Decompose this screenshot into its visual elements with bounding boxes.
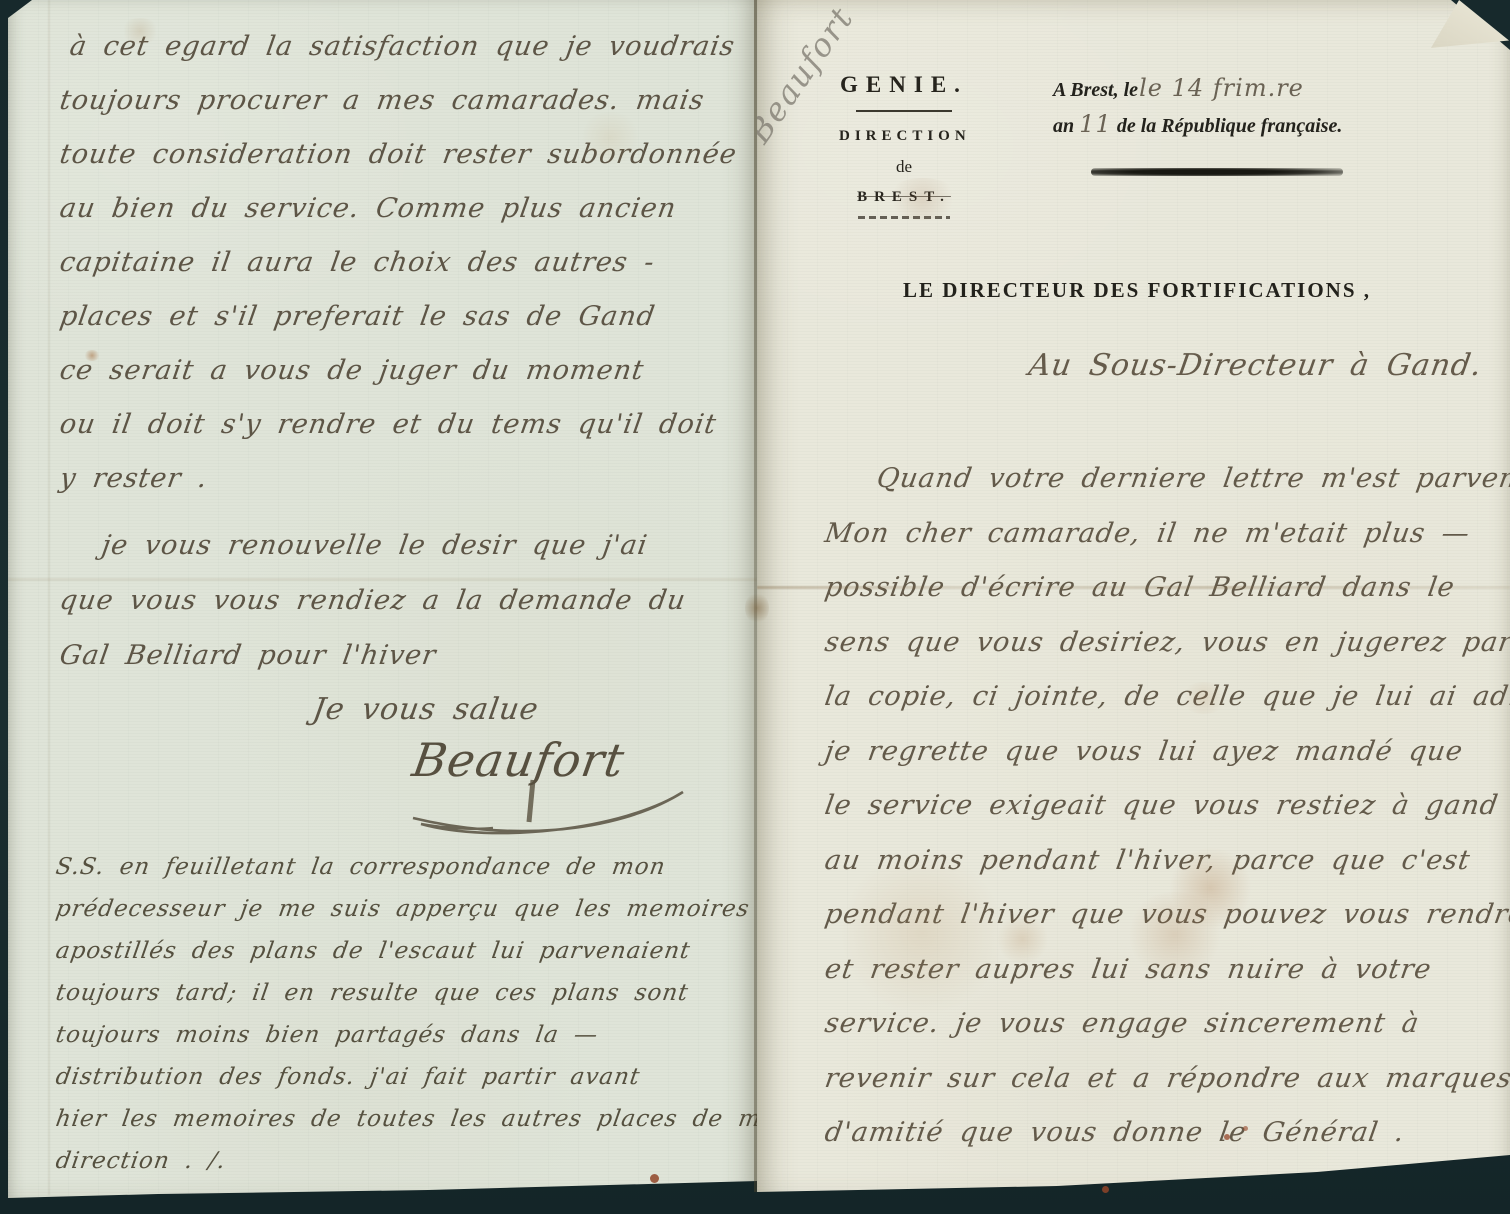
letterhead-corps: GENIE.	[839, 72, 969, 98]
fold-crease	[8, 578, 757, 581]
printed-place: A Brest, le	[1053, 79, 1138, 101]
letterhead-dashed-rule	[858, 216, 950, 219]
signature-flourish	[383, 778, 713, 853]
handwritten-line: je regrette que vous lui ayez mandé que	[821, 725, 1510, 780]
handwritten-line: sens que vous desiriez, vous en jugerez …	[821, 616, 1510, 671]
handwritten-line: Quand votre derniere lettre m'est parven…	[821, 452, 1510, 507]
handwritten-line: la copie, ci jointe, de celle que je lui…	[821, 670, 1510, 725]
letterhead-rule	[856, 110, 952, 112]
gutter-fold-line	[754, 0, 757, 1192]
postscript-line: S.S. en feuilletant la correspondance de…	[53, 846, 750, 888]
handwritten-line: au bien du service. Comme plus ancien	[56, 182, 745, 236]
postscript-line: toujours tard; il en resulte que ces pla…	[53, 972, 750, 1014]
handwritten-line: Gal Belliard pour l'hiver	[56, 628, 745, 683]
letterhead-de: de	[839, 157, 969, 177]
handwritten-date: le 14 frim.re	[1139, 74, 1304, 102]
handwritten-line: toujours procurer a mes camarades. mais	[56, 74, 745, 128]
handwritten-line: service. je vous engage sincerement à	[821, 997, 1510, 1052]
postscript-line: direction . /.	[53, 1140, 750, 1182]
handwritten-line: à cet egard la satisfaction que je voudr…	[56, 20, 745, 74]
left-second-paragraph: je vous renouvelle le desir que j'ai que…	[60, 518, 740, 683]
handwritten-line: y rester .	[56, 452, 745, 506]
fold-crease	[757, 586, 1510, 589]
handwritten-line: je vous renouvelle le desir que j'ai	[56, 518, 745, 573]
right-page: Beaufort GENIE. DIRECTION de BREST. A Br…	[757, 0, 1510, 1214]
letterhead: GENIE. DIRECTION de BREST.	[839, 72, 969, 219]
postscript-line: toujours moins bien partagés dans la —	[53, 1014, 750, 1056]
handwritten-line: et rester aupres lui sans nuire à votre	[821, 943, 1510, 998]
printed-an: an	[1053, 115, 1074, 137]
handwritten-line: Mon cher camarade, il ne m'etait plus —	[821, 507, 1510, 562]
closing-salutation: Je vous salue	[310, 692, 541, 727]
letterhead-direction: DIRECTION	[839, 128, 969, 145]
left-body-paragraph: à cet egard la satisfaction que je voudr…	[60, 20, 740, 506]
postscript: S.S. en feuilletant la correspondance de…	[56, 846, 746, 1182]
right-body-paragraph: Quand votre derniere lettre m'est parven…	[825, 452, 1510, 1161]
handwritten-line: places et s'il preferait le sas de Gand	[56, 290, 745, 344]
paper-crease	[48, 0, 50, 1195]
postscript-line: apostillés des plans de l'escaut lui par…	[53, 930, 750, 972]
handwritten-line: toute consideration doit rester subordon…	[56, 128, 745, 182]
handwritten-line: au moins pendant l'hiver, parce que c'es…	[821, 834, 1510, 889]
stain	[1102, 1186, 1109, 1193]
dateline: A Brest, le le 14 frim.re an 11 de la Ré…	[1053, 74, 1473, 138]
handwritten-line: que vous vous rendiez a la demande du	[56, 573, 745, 628]
handwritten-line: ou il doit s'y rendre et du tems qu'il d…	[56, 398, 745, 452]
handwritten-line: pendant l'hiver que vous pouvez vous ren…	[821, 888, 1510, 943]
handwritten-line: d'amitié que vous donne le Général .	[821, 1106, 1510, 1161]
handwritten-line: ce serait a vous de juger du moment	[56, 344, 745, 398]
handwritten-line: revenir sur cela et a répondre aux marqu…	[821, 1052, 1510, 1107]
letter-scan: à cet egard la satisfaction que je voudr…	[0, 0, 1510, 1214]
postscript-line: prédecesseur je me suis apperçu que les …	[53, 888, 750, 930]
handwritten-year: 11	[1079, 110, 1112, 138]
handwritten-line: capitaine il aura le choix des autres -	[56, 236, 745, 290]
postscript-line: hier les memoires de toutes les autres p…	[53, 1098, 750, 1140]
letterhead-place: BREST.	[839, 189, 969, 206]
printed-republic: de la République française.	[1117, 115, 1343, 137]
addressee-line: Au Sous-Directeur à Gand.	[1026, 348, 1484, 383]
fortifications-heading: LE DIRECTEUR DES FORTIFICATIONS ,	[817, 278, 1457, 303]
inked-rule	[1091, 168, 1343, 176]
left-page: à cet egard la satisfaction que je voudr…	[8, 0, 757, 1214]
postscript-line: distribution des fonds. j'ai fait partir…	[53, 1056, 750, 1098]
handwritten-line: le service exigeait que vous restiez à g…	[821, 779, 1510, 834]
